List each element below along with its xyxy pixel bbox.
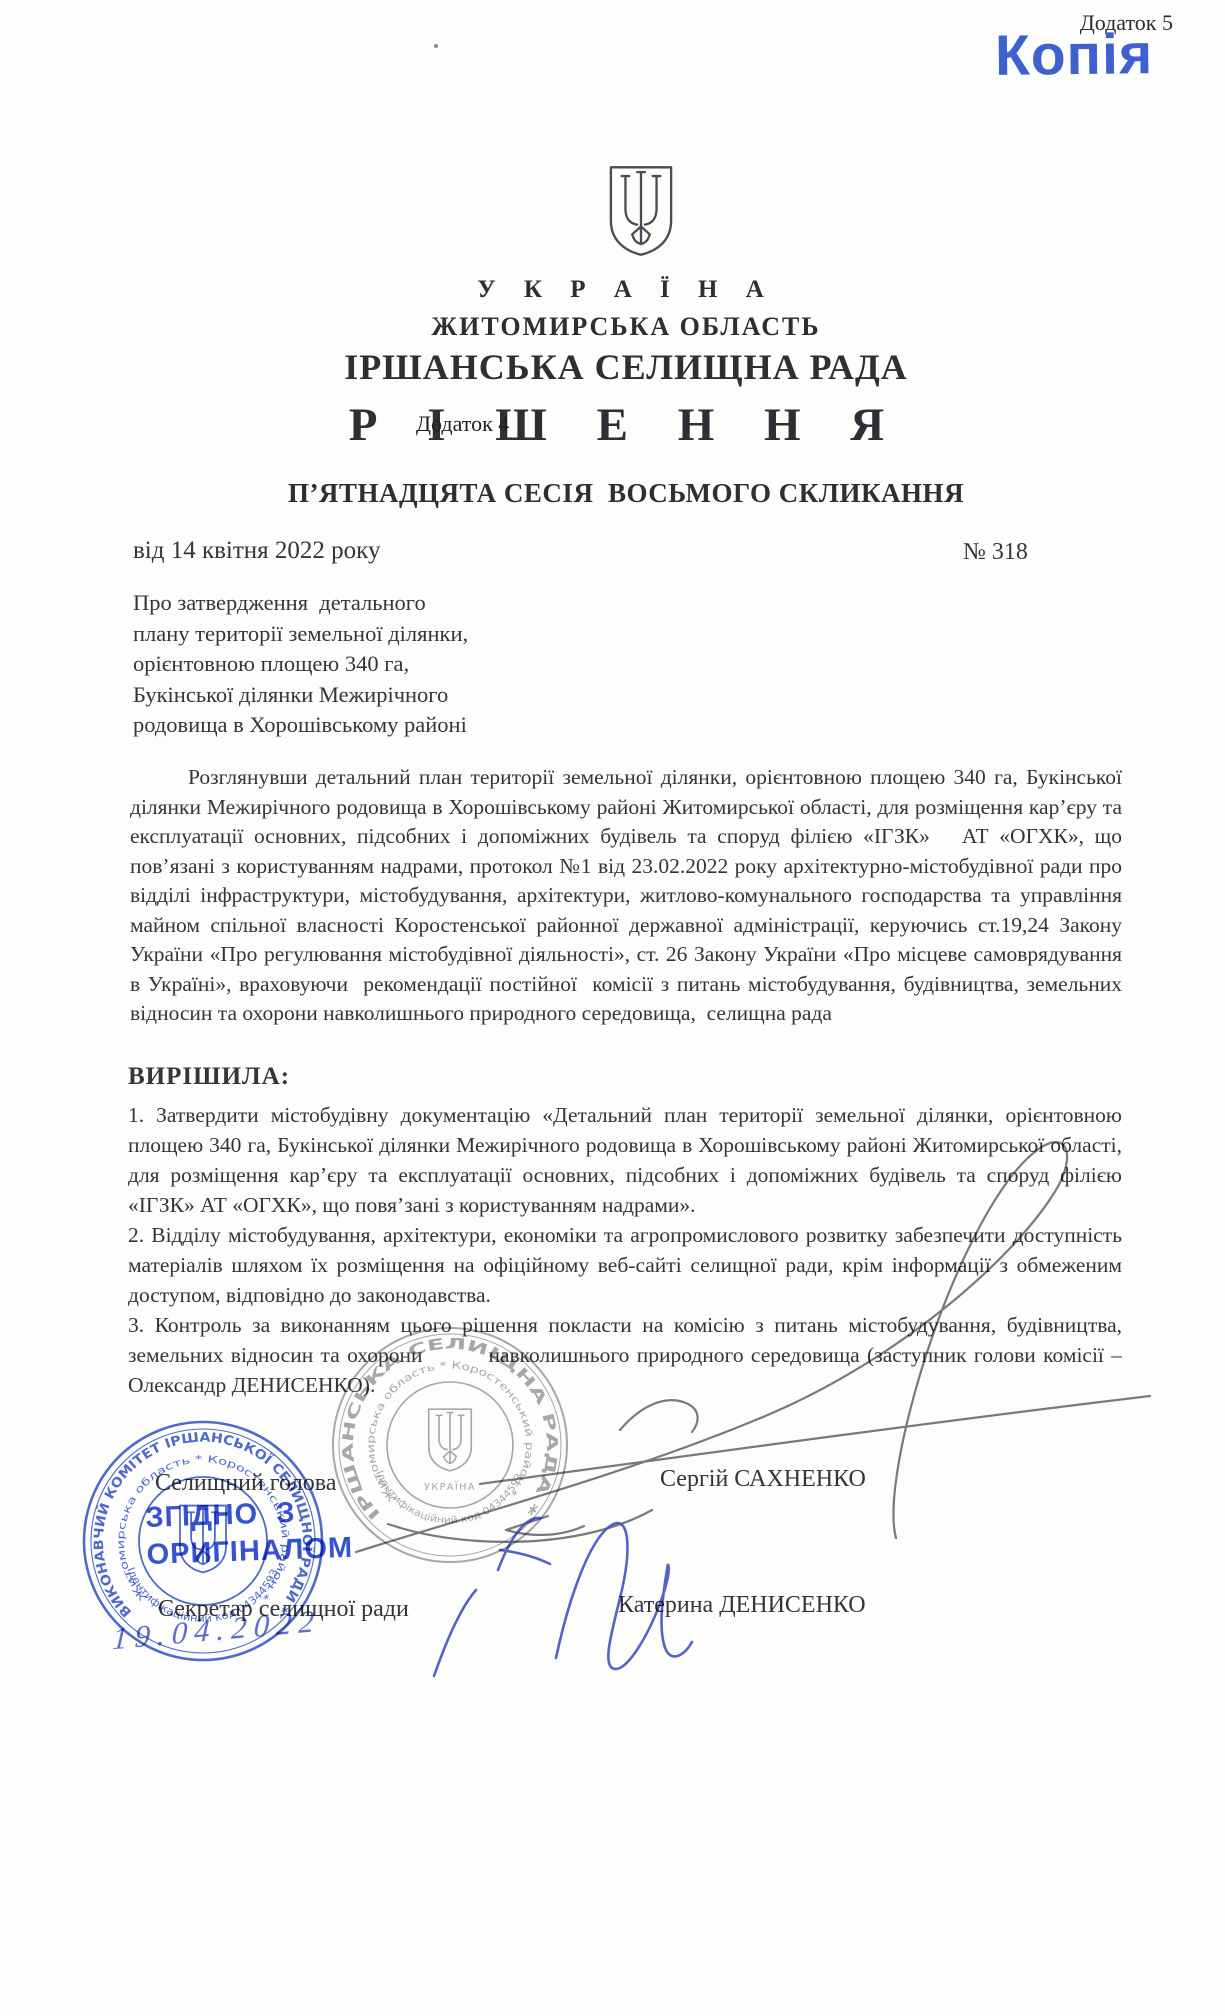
resolved-heading: ВИРІШИЛА: [128, 1063, 290, 1091]
head-name: Сергій САХНЕНКО [660, 1466, 866, 1493]
session-line: П’ЯТНАДЦЯТА СЕСІЯ ВОСЬМОГО СКЛИКАННЯ [130, 478, 1122, 509]
secretary-name: Катерина ДЕНИСЕНКО [618, 1592, 866, 1619]
coat-of-arms-icon [607, 164, 675, 258]
certify-line-2: ОРИГІНАЛОМ [146, 1529, 377, 1574]
subject-block: Про затвердження детального плану терито… [133, 588, 693, 741]
resolution-item-1: 1. Затвердити містобудівну документацію … [128, 1100, 1122, 1220]
copy-stamp: Копія [995, 21, 1154, 89]
document-title: Р І Ш Е Н Н Я [130, 398, 1122, 452]
document-date: від 14 квітня 2022 року [133, 537, 380, 565]
resolution-item-3: 3. Контроль за виконанням цього рішення … [128, 1310, 1122, 1400]
black-stamp-caption: УКРАЇНА [424, 1482, 476, 1493]
header-region: ЖИТОМИРСЬКА ОБЛАСТЬ [130, 312, 1122, 342]
scanned-document-page: Додаток 5 Копія У К Р А Ї Н А ЖИТОМИРСЬК… [0, 0, 1225, 2016]
certified-true-copy-stamp: ЗГІДНО З ОРИГІНАЛОМ [145, 1492, 377, 1574]
document-number: № 318 [963, 539, 1028, 566]
header-country: У К Р А Ї Н А [130, 276, 1122, 304]
resolution-items: 1. Затвердити містобудівну документацію … [128, 1100, 1122, 1400]
resolution-item-2: 2. Відділу містобудування, архітектури, … [128, 1220, 1122, 1310]
preamble-paragraph: Розглянувши детальний план території зем… [130, 763, 1122, 1029]
annex-overlay-label: Додаток 4 [416, 411, 509, 437]
scan-speck [434, 44, 438, 48]
header-council: ІРШАНСЬКА СЕЛИЩНА РАДА [130, 346, 1122, 388]
black-stamp-tryzub-icon [429, 1409, 472, 1471]
